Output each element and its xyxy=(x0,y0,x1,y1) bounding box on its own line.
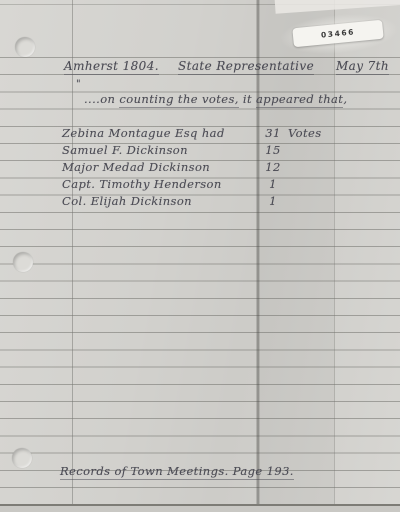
intro-text: it xyxy=(239,92,256,106)
scan-background xyxy=(0,506,400,512)
scanned-document-page: 03466 Amherst 1804. State Representative… xyxy=(0,0,400,512)
vote-row: Col. Elijah Dickinson 1 xyxy=(0,194,400,210)
vote-row: Capt. Timothy Henderson 1 xyxy=(0,177,400,193)
candidate-name: Col. Elijah Dickinson xyxy=(62,194,192,208)
candidate-name: Capt. Timothy Henderson xyxy=(62,177,222,191)
intro-text: counting the votes, xyxy=(119,92,238,108)
vote-row: Major Medad Dickinson 12 xyxy=(0,160,400,176)
intro-line: ....on counting the votes, it appeared t… xyxy=(84,92,347,106)
intro-text: appeared that xyxy=(256,92,343,108)
vote-unit: Votes xyxy=(288,126,322,140)
catalog-number: 03466 xyxy=(321,27,356,39)
vote-row: Samuel F. Dickinson 15 xyxy=(0,143,400,159)
intro-text: , xyxy=(343,92,347,106)
vote-count: 1 xyxy=(263,177,283,191)
source-citation: Records of Town Meetings. Page 193. xyxy=(60,464,294,480)
vote-count: 15 xyxy=(263,143,283,157)
vote-count: 31 xyxy=(263,126,283,140)
punch-hole xyxy=(13,252,33,272)
ruled-lines xyxy=(0,57,400,506)
header-place-year: Amherst 1804. xyxy=(64,59,159,75)
header-line: Amherst 1804. State Representative May 7… xyxy=(0,59,400,76)
candidate-name: Major Medad Dickinson xyxy=(62,160,210,174)
candidate-name: Samuel F. Dickinson xyxy=(62,143,188,157)
vote-count: 12 xyxy=(263,160,283,174)
punch-hole xyxy=(12,448,32,468)
candidate-name: Zebina Montague Esq had xyxy=(62,126,225,140)
vote-count: 1 xyxy=(263,194,283,208)
header-date: May 7th xyxy=(336,59,389,75)
punch-hole xyxy=(15,37,35,57)
quote-mark: " xyxy=(76,79,81,90)
vote-row: Zebina Montague Esq had 31 Votes xyxy=(0,126,400,142)
header-office: State Representative xyxy=(178,59,314,75)
intro-text: ....on xyxy=(84,92,119,106)
